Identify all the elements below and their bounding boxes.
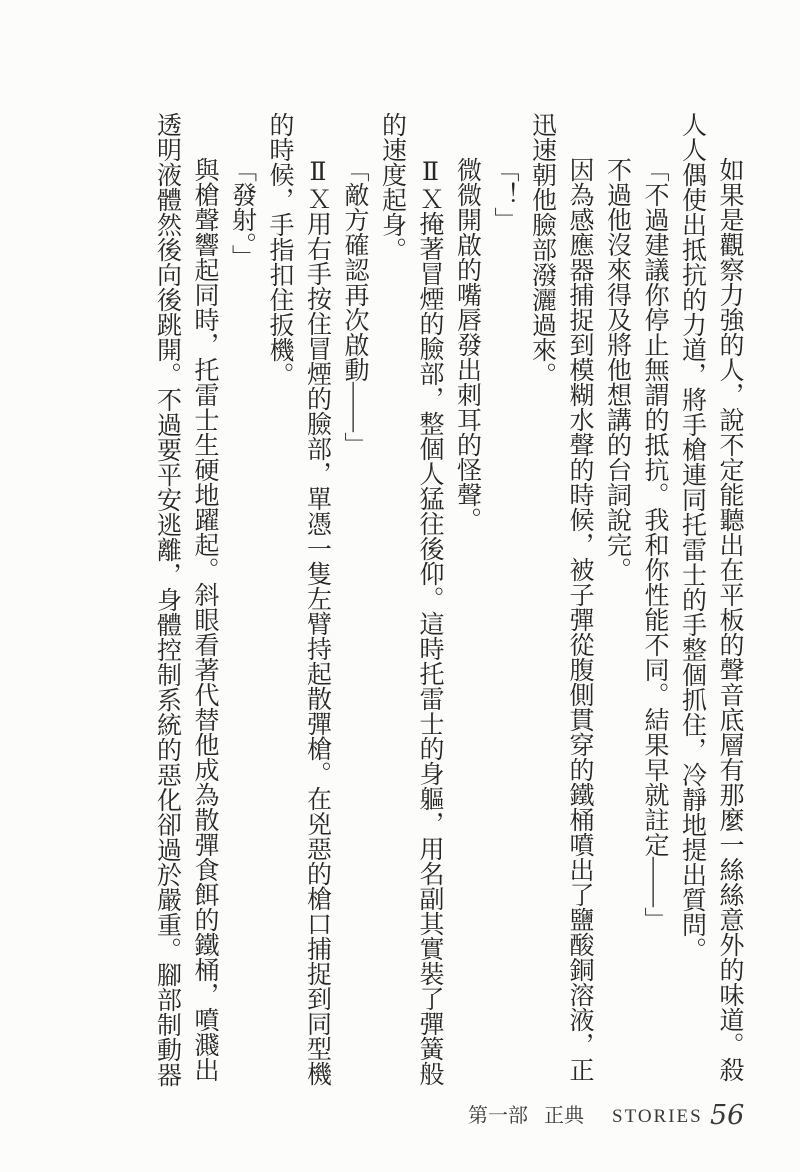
footer-series-label: STORIES bbox=[612, 1106, 703, 1127]
page-number: 56 bbox=[710, 1100, 744, 1131]
paragraph-narration: 微微開啟的嘴唇發出刺耳的怪聲。 bbox=[448, 112, 486, 1087]
paragraph-narration: ⅡＸ掩著冒煙的臉部，整個人猛往後仰。這時托雷士的身軀，用名副其實裝了彈簧般的速度… bbox=[373, 112, 448, 1087]
paragraph-dialogue: 「！」 bbox=[486, 112, 524, 1087]
paragraph-narration: 因為感應器捕捉到模糊水聲的時候，被子彈從腹側貫穿的鐵桶噴出了鹽酸銅溶液，正迅速朝… bbox=[523, 112, 598, 1087]
book-page: 如果是觀察力強的人，說不定能聽出在平板的聲音底層有那麼一絲絲意外的味道。殺人人偶… bbox=[0, 0, 800, 1172]
running-title: 第一部正典STORIES bbox=[468, 1104, 703, 1129]
paragraph-dialogue: 「發射。」 bbox=[223, 112, 261, 1087]
vertical-text-block: 如果是觀察力強的人，說不定能聽出在平板的聲音底層有那麼一絲絲意外的味道。殺人人偶… bbox=[148, 112, 748, 1087]
paragraph-narration: 與槍聲響起同時，托雷士生硬地躍起。斜眼看著代替他成為散彈食餌的鐵桶，噴濺出透明液… bbox=[148, 112, 223, 1087]
paragraph-dialogue: 「敵方確認再次啟動——」 bbox=[336, 112, 374, 1087]
footer-part-label: 第一部 bbox=[468, 1105, 528, 1127]
footer-section-label: 正典 bbox=[544, 1105, 584, 1127]
paragraph-dialogue: 「不過建議你停止無謂的抵抗。我和你性能不同。結果早就註定——」 bbox=[636, 112, 674, 1087]
paragraph-narration: 不過他沒來得及將他想講的台詞說完。 bbox=[598, 112, 636, 1087]
paragraph-narration: 如果是觀察力強的人，說不定能聽出在平板的聲音底層有那麼一絲絲意外的味道。殺人人偶… bbox=[673, 112, 748, 1087]
paragraph-narration: ⅡＸ用右手按住冒煙的臉部，單憑一隻左臂持起散彈槍。在兇惡的槍口捕捉到同型機的時候… bbox=[261, 112, 336, 1087]
